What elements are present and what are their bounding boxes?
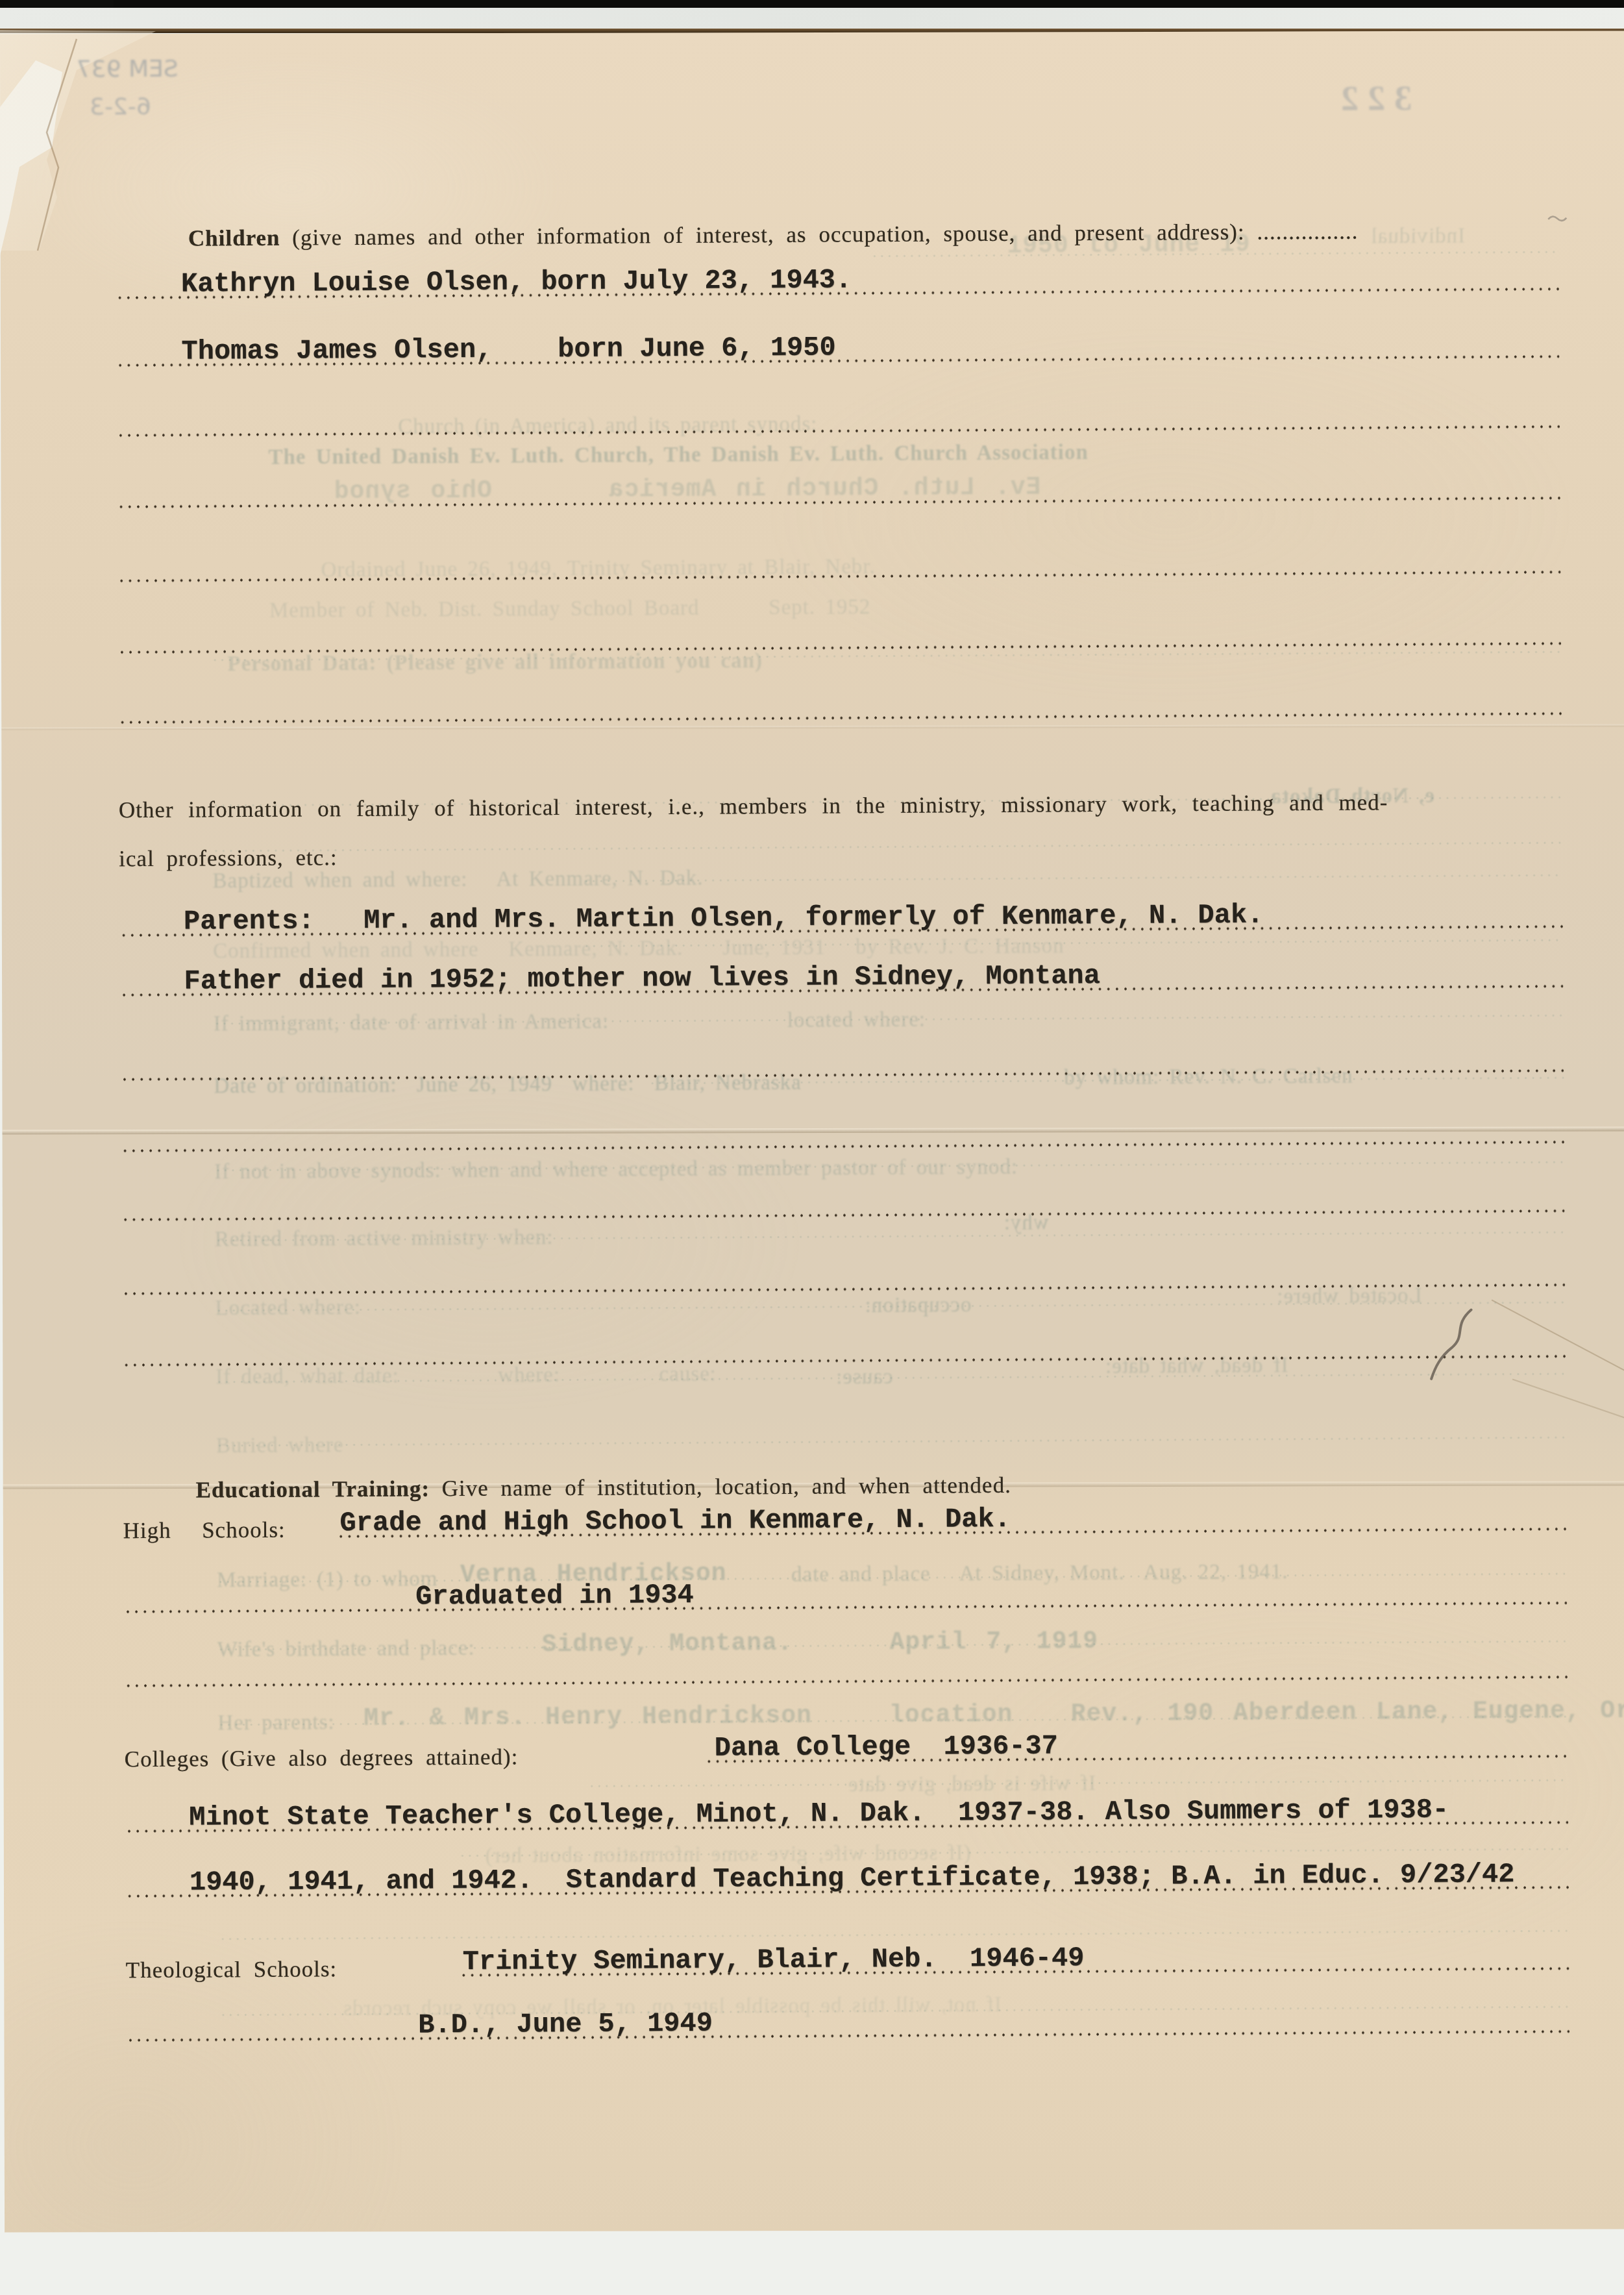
pencil-s-stroke — [1420, 1306, 1482, 1383]
typed-entry-parents: Parents: Mr. and Mrs. Martin Olsen, form… — [184, 899, 1264, 937]
bleedthrough-text: If immigrant, date of arrival in America… — [214, 1008, 926, 1037]
bleedthrough-rule — [216, 1435, 1566, 1448]
typed-entry-child-2: Thomas James Olsen, born June 6, 1950 — [181, 332, 835, 367]
children-heading-dots: ................ — [1257, 219, 1358, 245]
bleedthrough-text: Her parents: — [217, 1711, 334, 1735]
other-info-heading-line2: ical professions, etc.: — [119, 845, 338, 872]
dotted-rule — [118, 711, 1562, 726]
high-schools-label: High Schools: — [123, 1517, 285, 1544]
typed-entry-dana-college: Dana College 1936-37 — [715, 1730, 1059, 1763]
bleedthrough-rule — [582, 873, 1562, 884]
typed-entry-high-school: Grade and High School in Kenmare, N. Dak… — [339, 1504, 1011, 1539]
pencil-note2-mirrored: 6-2-3 — [90, 93, 151, 121]
typed-entry-graduated: Graduated in 1934 — [415, 1580, 694, 1613]
pencil-note-mirrored: SEM 937 — [77, 56, 178, 83]
typed-entry-father-mother: Father died in 1952; mother now lives in… — [184, 960, 1100, 997]
bleedthrough-text: If not in above synods: when and where a… — [214, 1156, 1018, 1185]
dotted-rule — [116, 424, 1560, 439]
dotted-rule — [121, 1139, 1564, 1154]
bleedthrough-text: Wife's birthdate and place: — [217, 1637, 475, 1662]
scanned-document-page: SEM 937 6-2-3 322 Individual 1950 to Jun… — [0, 0, 1624, 2295]
bleedthrough-text: Mr. & Mrs. Henry Hendrickson location Re… — [363, 1697, 1624, 1733]
education-heading-bold: Educational Training: — [196, 1476, 430, 1503]
bleedthrough-text: date and place At Sidney, Mont. Aug. 22,… — [791, 1560, 1288, 1587]
typed-entry-bd-degree: B.D., June 5, 1949 — [418, 2008, 713, 2041]
dotted-rule — [126, 2029, 1569, 2044]
bleedthrough-text: cause: — [835, 1365, 893, 1390]
typed-entry-certificate: 1940, 1941, and 1942. Standard Teaching … — [190, 1859, 1515, 1898]
bleedthrough-text: Retired from active ministry when: — [215, 1226, 554, 1252]
bleedthrough-rule — [219, 1929, 1569, 1942]
other-info-heading-line1: Other information on family of historica… — [119, 789, 1388, 823]
page-content: SEM 937 6-2-3 322 Individual 1950 to Jun… — [0, 0, 1624, 2295]
children-heading-bold: Children — [188, 225, 280, 251]
dotted-rule — [121, 1208, 1565, 1223]
bleedthrough-text: Individual — [1370, 225, 1465, 249]
bleedthrough-rule — [212, 841, 1562, 854]
bleedthrough-text: Member of Neb. Dist. Sunday School Board… — [269, 595, 871, 623]
typed-entry-child-1: Kathryn Louise Olsen, born July 23, 1943… — [181, 264, 852, 299]
children-heading-rest: (give names and other information of int… — [280, 219, 1257, 251]
dotted-rule — [124, 1674, 1568, 1689]
bleedthrough-text: Marriage: (1) to whom — [217, 1567, 438, 1593]
bleedthrough-text: Confirmed when and where Kenmare, N. Dak… — [213, 934, 1064, 963]
bleedthrough-text: Located where: — [215, 1296, 361, 1321]
typed-entry-seminary: Trinity Seminary, Blair, Neb. 1946-49 — [463, 1942, 1085, 1978]
typed-entry-minot-college: Minot State Teacher's College, Minot, N.… — [189, 1794, 1449, 1833]
bleedthrough-text: Sidney, Montana. April 7, 1919 — [542, 1628, 1099, 1659]
page-number-bleedthrough: 322 — [1332, 78, 1412, 119]
theological-schools-label: Theological Schools: — [126, 1956, 338, 1983]
bleedthrough-text: occupation: — [864, 1293, 971, 1318]
bleedthrough-text: The United Danish Ev. Luth. Church, The … — [268, 441, 1089, 470]
pencil-tilde-mark — [1547, 212, 1569, 224]
bleedthrough-text: by whom: Rev. N. C. Carlsen — [1064, 1065, 1353, 1091]
bleedthrough-text: If wife is dead, give date — [848, 1772, 1096, 1797]
colleges-label: Colleges (Give also degrees attained): — [125, 1744, 519, 1772]
dotted-rule — [123, 1600, 1567, 1615]
education-heading-rest: Give name of institution, location, and … — [430, 1472, 1011, 1501]
